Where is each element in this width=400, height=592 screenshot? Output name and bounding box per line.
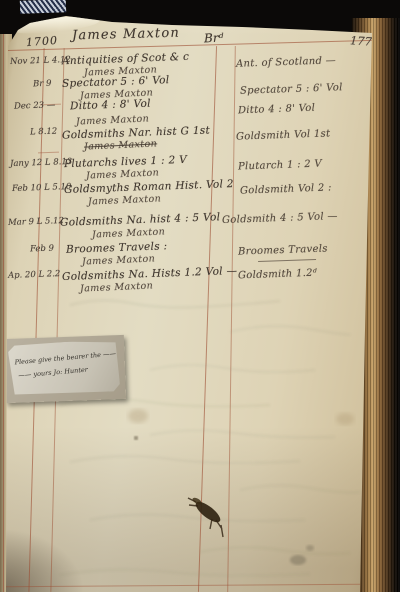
pasted-slip: Please give the bearer the —— —— yours J… <box>8 339 121 397</box>
under-leaf-rule <box>3 34 4 592</box>
stains-and-bleedthrough <box>0 0 400 592</box>
binding-cloth <box>20 0 66 14</box>
slip-text-line-1: Please give the bearer the —— <box>14 350 116 367</box>
ledger-page: 1700 James Maxton Brᵈ 177 Nov 21 L 4.12 … <box>0 0 400 592</box>
slip-text-line-2: —— yours Jo: Hunter <box>18 366 88 380</box>
insect-smudge <box>188 496 223 537</box>
ledger-photograph: 1700 James Maxton Brᵈ 177 Nov 21 L 4.12 … <box>0 0 400 592</box>
